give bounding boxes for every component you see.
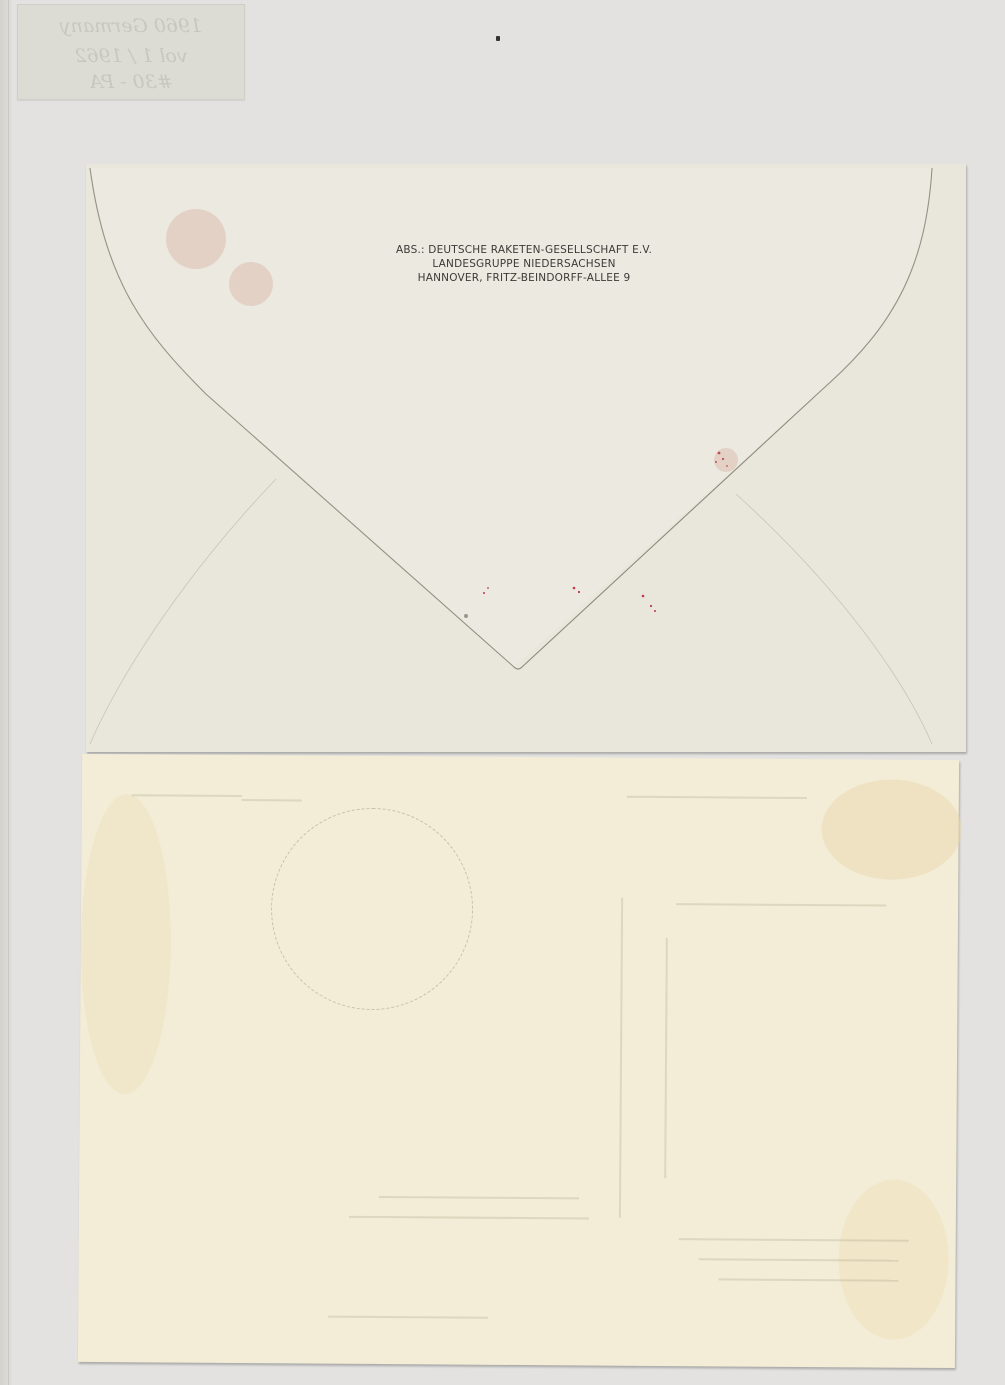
show-through-text (679, 1238, 909, 1242)
show-through-text (676, 903, 886, 906)
label-line-1: 1960 Germany (18, 15, 244, 37)
show-through-text (664, 938, 668, 1178)
envelope-back: ABS.: DEUTSCHE RAKETEN-GESELLSCHAFT E.V.… (86, 164, 966, 752)
age-stain (821, 779, 962, 880)
label-line-2: vol 1 / 1962 (18, 45, 244, 67)
sender-organization: DEUTSCHE RAKETEN-GESELLSCHAFT E.V. (428, 244, 652, 256)
album-page-edge (0, 0, 12, 1385)
show-through-text (619, 898, 623, 1218)
sender-prefix: ABS.: (396, 244, 425, 256)
show-through-text (349, 1216, 589, 1220)
postcard-back (78, 754, 959, 1368)
pencil-label-slip: 1960 Germany vol 1 / 1962 #30 - PA (17, 4, 245, 100)
age-stain (80, 794, 172, 1095)
show-through-text (718, 1278, 898, 1281)
show-through-text (699, 1258, 899, 1261)
show-through-text (379, 1196, 579, 1199)
sender-line-2: LANDESGRUPPE NIEDERSACHSEN (382, 257, 666, 271)
dust-speck (496, 36, 500, 41)
postmark-ghost-circle (270, 807, 473, 1010)
show-through-text (242, 799, 302, 801)
show-through-text (328, 1316, 488, 1319)
label-line-3: #30 - PA (18, 71, 244, 93)
show-through-text (132, 794, 242, 797)
sender-imprint: ABS.: DEUTSCHE RAKETEN-GESELLSCHAFT E.V.… (382, 243, 666, 285)
sender-line-1: ABS.: DEUTSCHE RAKETEN-GESELLSCHAFT E.V. (382, 243, 666, 257)
show-through-text (627, 796, 807, 799)
sender-line-3: HANNOVER, FRITZ-BEINDORFF-ALLEE 9 (382, 271, 666, 285)
